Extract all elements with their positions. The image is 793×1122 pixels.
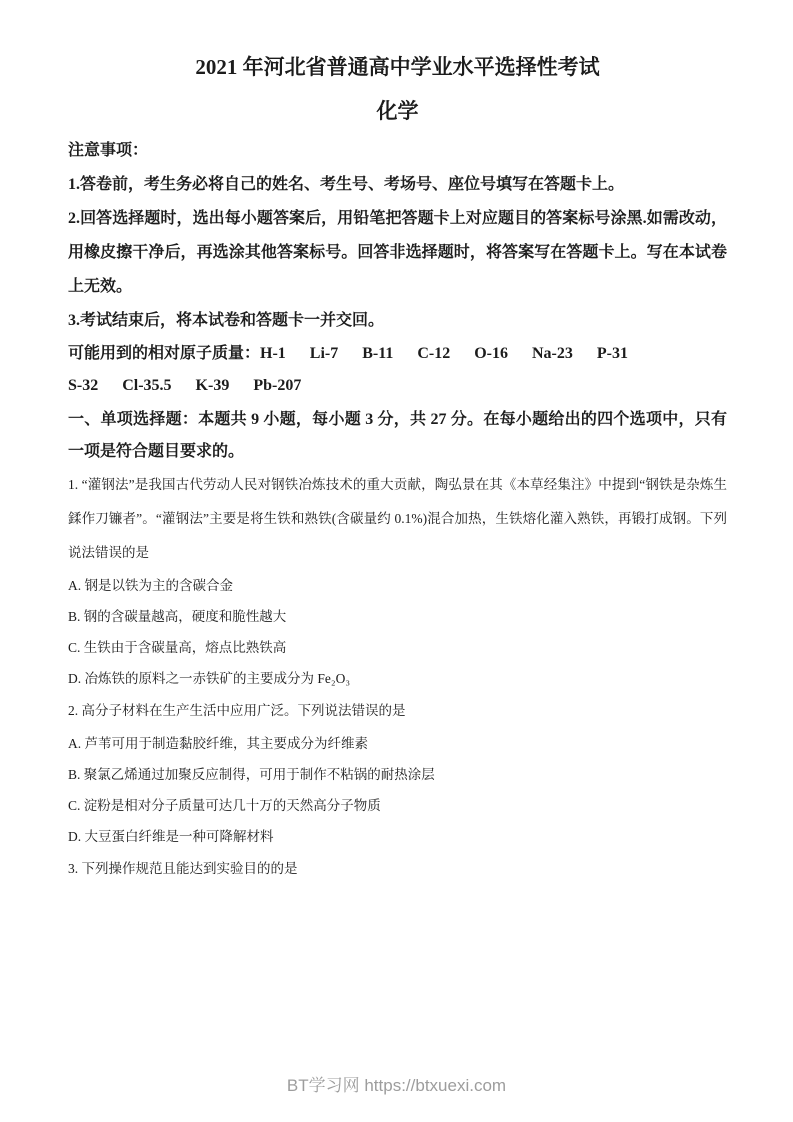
question-1-option-a: A. 钢是以铁为主的含碳合金 — [68, 570, 727, 601]
question-1-option-c: C. 生铁由于含碳量高，熔点比熟铁高 — [68, 632, 727, 663]
question-2: 2. 高分子材料在生产生活中应用广泛。下列说法错误的是 A. 芦苇可用于制造黏胶… — [68, 694, 727, 852]
question-1: 1. “灌钢法”是我国古代劳动人民对钢铁冶炼技术的重大贡献，陶弘景在其《本草经集… — [68, 468, 727, 694]
question-3-stem: 3. 下列操作规范且能达到实验目的的是 — [68, 852, 727, 886]
exam-paper-page: 2021 年河北省普通高中学业水平选择性考试 化学 注意事项： 1.答卷前，考生… — [0, 0, 793, 1122]
notice-item-2: 2.回答选择题时，选出每小题答案后，用铅笔把答题卡上对应题目的答案标号涂黑.如需… — [68, 202, 727, 304]
question-2-option-d: D. 大豆蛋白纤维是一种可降解材料 — [68, 821, 727, 852]
question-2-option-a: A. 芦苇可用于制造黏胶纤维，其主要成分为纤维素 — [68, 728, 727, 759]
notice-item-1: 1.答卷前，考生务必将自己的姓名、考生号、考场号、座位号填写在答题卡上。 — [68, 168, 727, 202]
notice-heading: 注意事项： — [68, 134, 727, 168]
question-3: 3. 下列操作规范且能达到实验目的的是 — [68, 852, 727, 886]
paper-content: 2021 年河北省普通高中学业水平选择性考试 化学 注意事项： 1.答卷前，考生… — [0, 0, 793, 886]
question-2-option-b: B. 聚氯乙烯通过加聚反应制得，可用于制作不粘锅的耐热涂层 — [68, 759, 727, 790]
question-1-stem: 1. “灌钢法”是我国古代劳动人民对钢铁冶炼技术的重大贡献，陶弘景在其《本草经集… — [68, 468, 727, 570]
notice-item-3: 3.考试结束后，将本试卷和答题卡一并交回。 — [68, 304, 727, 338]
question-1-option-b: B. 钢的含碳量越高，硬度和脆性越大 — [68, 601, 727, 632]
paper-subject: 化学 — [68, 96, 727, 126]
question-2-stem: 2. 高分子材料在生产生活中应用广泛。下列说法错误的是 — [68, 694, 727, 728]
paper-title: 2021 年河北省普通高中学业水平选择性考试 — [68, 52, 727, 82]
watermark-text: BT学习网 https://btxuexi.com — [0, 1071, 793, 1096]
atomic-masses-line: 可能用到的相对原子质量：H-1 Li-7 B-11 C-12 O-16 Na-2… — [68, 338, 727, 402]
question-2-option-c: C. 淀粉是相对分子质量可达几十万的天然高分子物质 — [68, 790, 727, 821]
question-1-option-d: D. 冶炼铁的原料之一赤铁矿的主要成分为 Fe₂O₃ — [68, 663, 727, 694]
section-heading: 一、单项选择题：本题共 9 小题，每小题 3 分，共 27 分。在每小题给出的四… — [68, 404, 727, 468]
